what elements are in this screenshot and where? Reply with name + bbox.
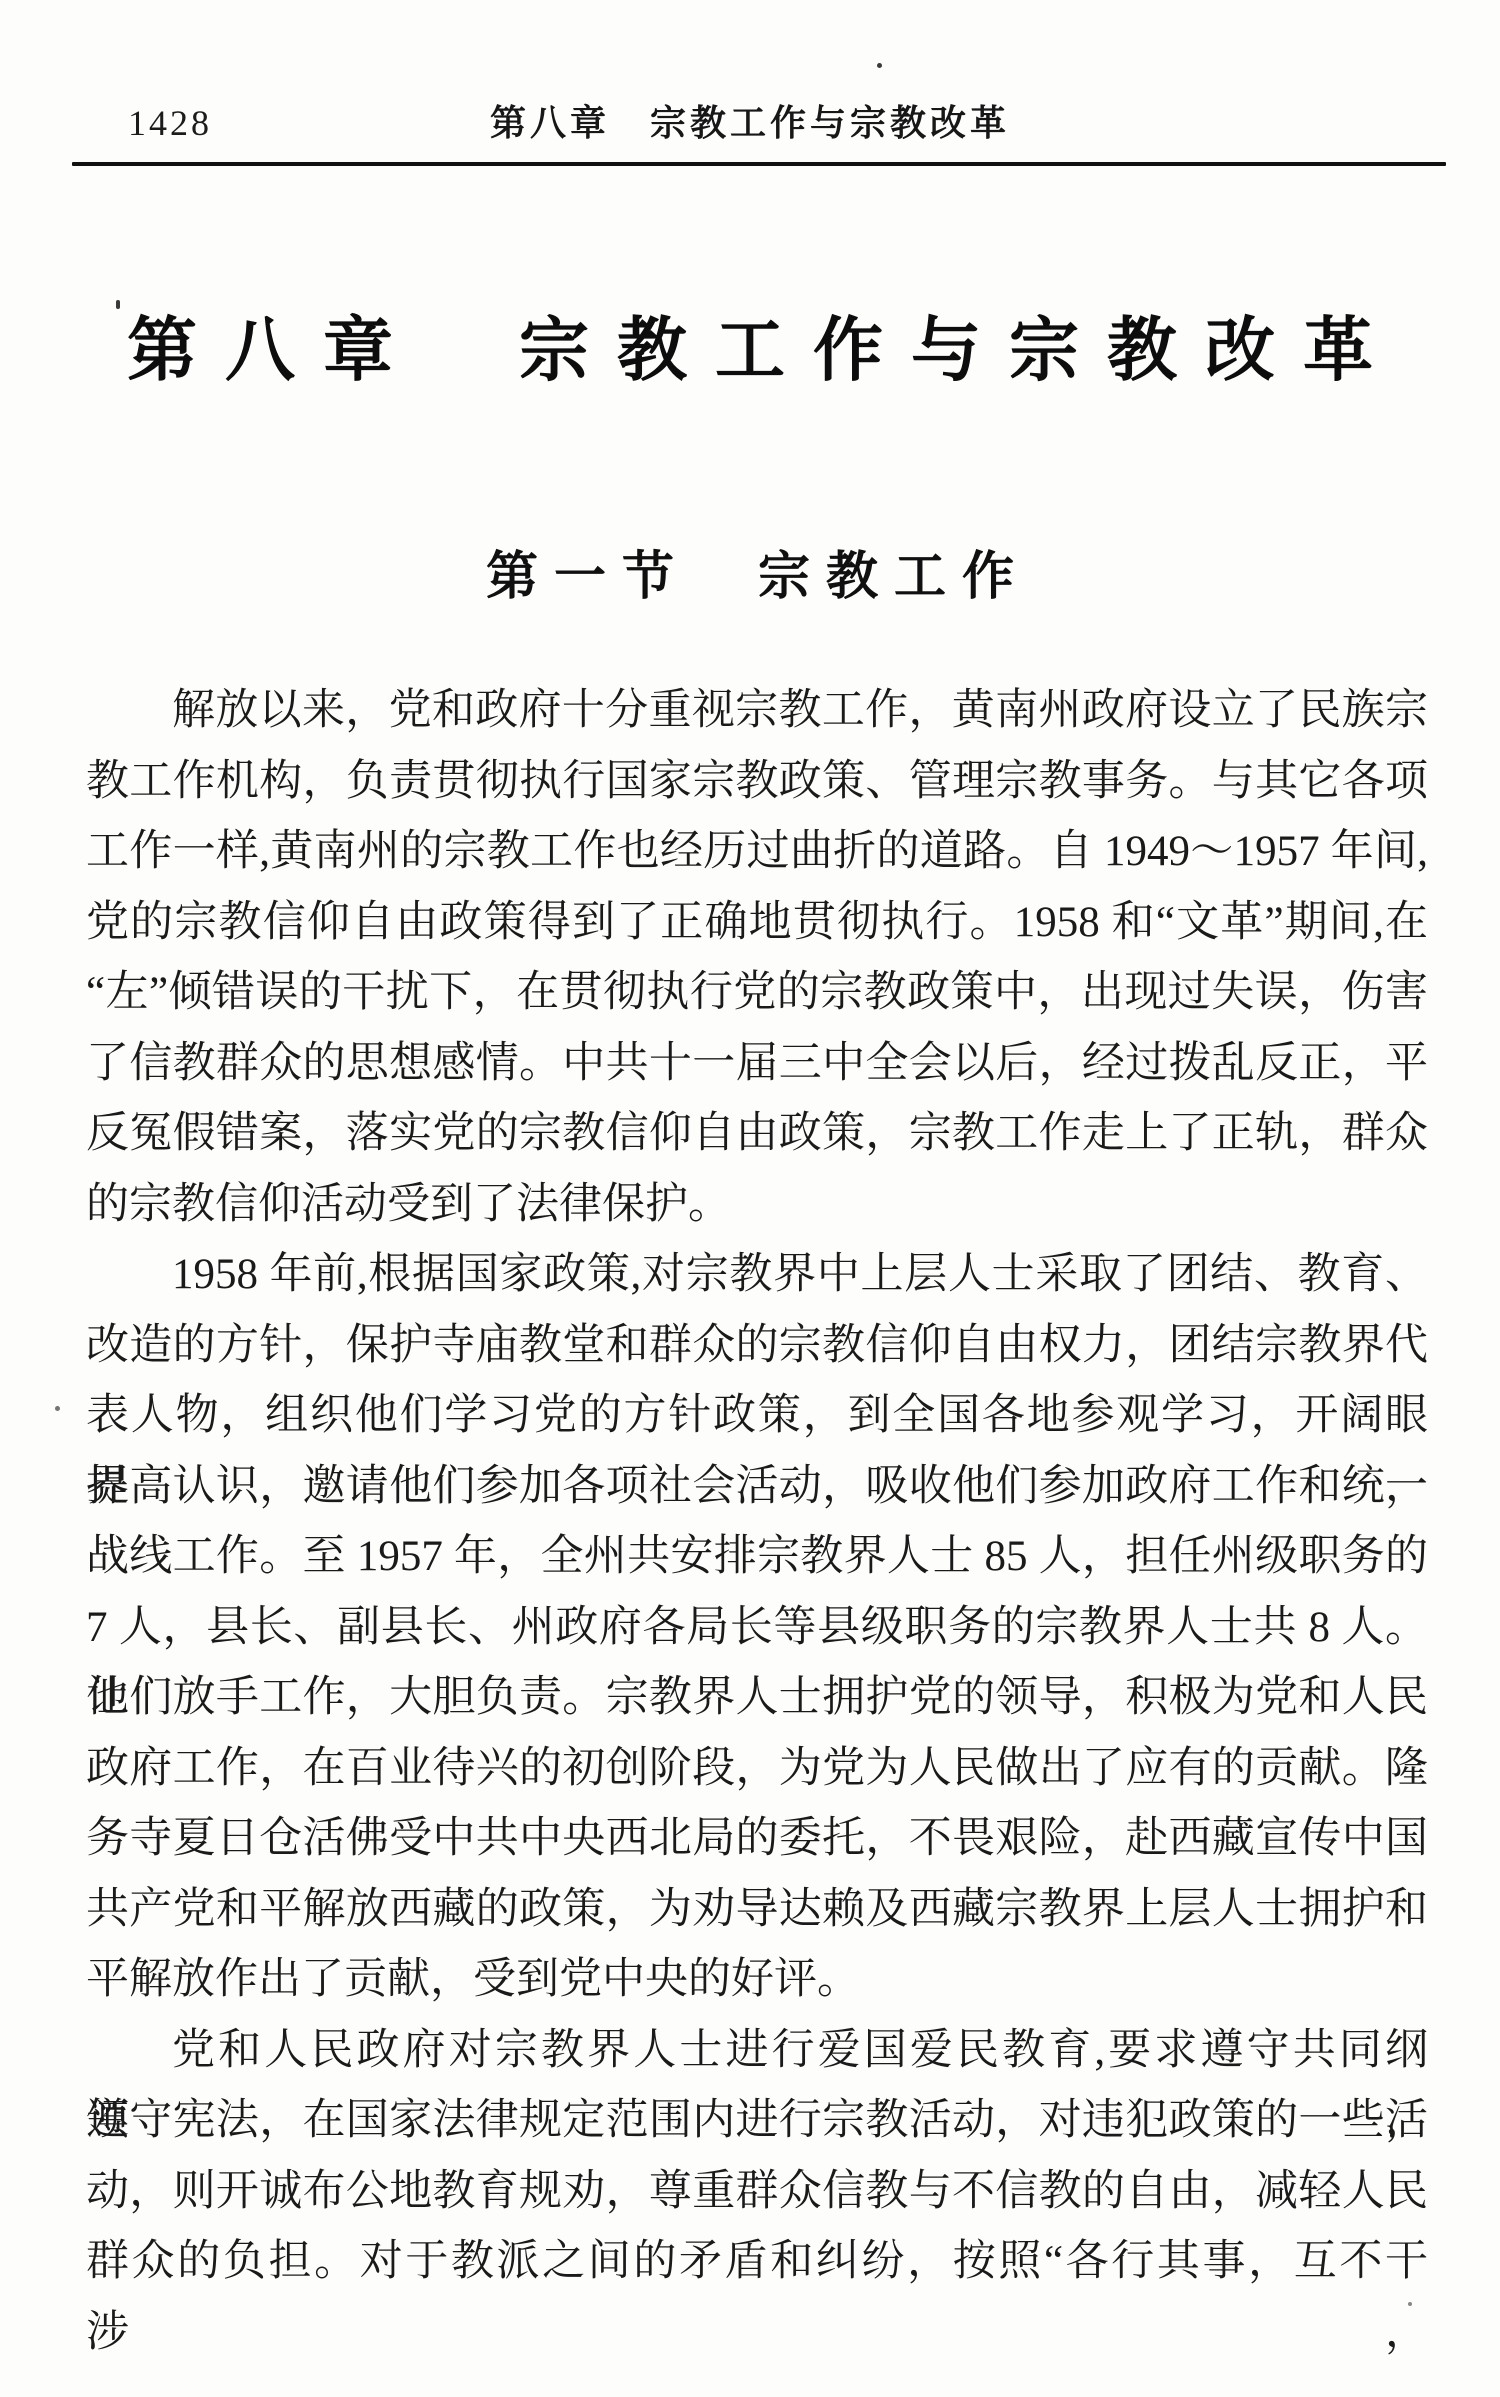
text-line: 群众的负担。对于教派之间的矛盾和纠纷，按照“各行其事，互不干涉， bbox=[86, 2227, 1428, 2298]
book-page: 1428 第八章 宗教工作与宗教改革 第八章 宗教工作与宗教改革 第一节 宗教工… bbox=[0, 0, 1500, 2397]
text-line: 改造的方针，保护寺庙教堂和群众的宗教信仰自由权力，团结宗教界代 bbox=[86, 1311, 1428, 1382]
text-line: 党的宗教信仰自由政策得到了正确地贯彻执行。1958 和“文革”期间,在 bbox=[86, 888, 1428, 959]
text-line: 党和人民政府对宗教界人士进行爱国爱民教育,要求遵守共同纲领， bbox=[86, 2016, 1428, 2087]
text-line: 工作一样,黄南州的宗教工作也经历过曲折的道路。自 1949～1957 年间, bbox=[86, 817, 1428, 888]
text-line: 务寺夏日仓活佛受中共中央西北局的委托，不畏艰险，赴西藏宣传中国 bbox=[86, 1804, 1428, 1875]
text-line: 反冤假错案，落实党的宗教信仰自由政策，宗教工作走上了正轨，群众 bbox=[86, 1099, 1428, 1170]
text-line: 动，则开诚布公地教育规劝，尊重群众信教与不信教的自由，减轻人民 bbox=[86, 2157, 1428, 2228]
text-line: 教工作机构，负责贯彻执行国家宗教政策、管理宗教事务。与其它各项 bbox=[86, 747, 1428, 818]
text-line: 1958 年前,根据国家政策,对宗教界中上层人士采取了团结、教育、 bbox=[86, 1240, 1428, 1311]
section-title: 第一节 宗教工作 bbox=[0, 534, 1500, 609]
text-line: 政府工作，在百业待兴的初创阶段，为党为人民做出了应有的贡献。隆 bbox=[86, 1734, 1428, 1805]
text-line: 解放以来，党和政府十分重视宗教工作，黄南州政府设立了民族宗 bbox=[86, 676, 1428, 747]
scan-speck bbox=[1408, 2302, 1412, 2306]
text-line: 他们放手工作，大胆负责。宗教界人士拥护党的领导，积极为党和人民 bbox=[86, 1663, 1428, 1734]
running-title: 第八章 宗教工作与宗教改革 bbox=[0, 100, 1500, 146]
scan-speck bbox=[877, 63, 882, 68]
text-line: 平解放作出了贡献，受到党中央的好评。 bbox=[86, 1945, 1428, 2016]
text-line: 表人物，组织他们学习党的方针政策，到全国各地参观学习，开阔眼界， bbox=[86, 1381, 1428, 1452]
scan-speck bbox=[55, 1406, 60, 1411]
text-line: 了信教群众的思想感情。中共十一届三中全会以后，经过拨乱反正，平 bbox=[86, 1029, 1428, 1100]
scan-speck bbox=[116, 300, 120, 309]
header-rule bbox=[72, 162, 1446, 166]
text-line: “左”倾错误的干扰下，在贯彻执行党的宗教政策中，出现过失误，伤害 bbox=[86, 958, 1428, 1029]
text-line: 遵守宪法，在国家法律规定范围内进行宗教活动，对违犯政策的一些活 bbox=[86, 2086, 1428, 2157]
running-header: 1428 第八章 宗教工作与宗教改革 bbox=[0, 100, 1500, 146]
text-line: 7 人，县长、副县长、州政府各局长等县级职务的宗教界人士共 8 人。让 bbox=[86, 1593, 1428, 1664]
text-line: 战线工作。至 1957 年，全州共安排宗教界人士 85 人，担任州级职务的 bbox=[86, 1522, 1428, 1593]
text-line: 提高认识，邀请他们参加各项社会活动，吸收他们参加政府工作和统一 bbox=[86, 1452, 1428, 1523]
chapter-title: 第八章 宗教工作与宗教改革 bbox=[0, 294, 1500, 395]
text-line: 的宗教信仰活动受到了法律保护。 bbox=[86, 1170, 1428, 1241]
text-line: 共产党和平解放西藏的政策，为劝导达赖及西藏宗教界上层人士拥护和 bbox=[86, 1875, 1428, 1946]
body-text: 解放以来，党和政府十分重视宗教工作，黄南州政府设立了民族宗教工作机构，负责贯彻执… bbox=[86, 676, 1428, 2298]
